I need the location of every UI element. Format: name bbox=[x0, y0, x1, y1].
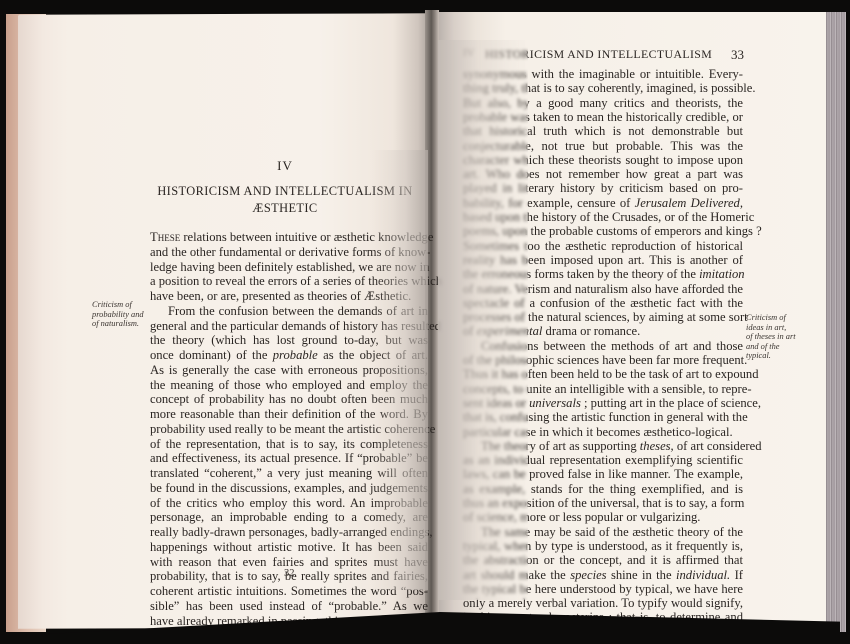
text-line: conjecturable, not true but probable. Th… bbox=[463, 139, 743, 154]
margin-note-left: Criticism of probability and of naturali… bbox=[92, 300, 152, 329]
margin-note-right: Criticism of ideas in art, of theses in … bbox=[746, 313, 808, 361]
text-line: the abstraction or the concept, and it i… bbox=[463, 553, 743, 568]
text-run: Verism and naturalism also have afforded… bbox=[511, 282, 743, 296]
text-line: ledge having been definitely established… bbox=[150, 260, 428, 275]
small-caps-opening: These bbox=[150, 230, 180, 244]
text-run: once dominant) of the bbox=[150, 348, 273, 362]
text-line: once dominant) of the probable as the ob… bbox=[150, 348, 428, 363]
text-line: played in literary history by criticism … bbox=[463, 181, 743, 196]
margin-note-line: of theses in art bbox=[746, 332, 808, 342]
text-run: of bbox=[463, 324, 477, 338]
margin-note-line: ideas in art, bbox=[746, 323, 808, 333]
text-line: the meaning of those who employed and em… bbox=[150, 378, 428, 393]
text-line: be found in the discussions, examples, a… bbox=[150, 481, 428, 496]
text-line: of the representation, that is to say, i… bbox=[150, 437, 428, 452]
italic-run: theses, bbox=[640, 439, 674, 453]
text-line: thing truly, that is to say coherently, … bbox=[463, 81, 743, 96]
text-run: sent ideas or bbox=[463, 396, 529, 410]
text-line: happenings without artistic motive. It h… bbox=[150, 540, 428, 555]
page-number-right: 33 bbox=[731, 47, 744, 63]
margin-note-line: typical. bbox=[746, 351, 808, 361]
margin-note-line: Criticism of bbox=[92, 300, 152, 310]
chapter-title: HISTORICISM AND INTELLECTUALISM IN ÆSTHE… bbox=[140, 183, 430, 217]
text-line: probable was taken to mean the historica… bbox=[463, 110, 743, 125]
italic-run: imitation bbox=[699, 267, 744, 281]
text-line: only a merely verbal variation. To typif… bbox=[463, 596, 743, 611]
margin-note-line: probability and bbox=[92, 310, 152, 320]
text-line: the typical be here understood by typica… bbox=[463, 582, 743, 597]
italic-run: experimental bbox=[477, 324, 543, 338]
text-line: a position to reveal the errors of a ser… bbox=[150, 274, 428, 289]
italic-run: Jerusalem Delivered, bbox=[635, 196, 743, 210]
text-line: the erroneous forms taken by the theory … bbox=[463, 267, 743, 282]
text-line: based upon the history of the Crusades, … bbox=[463, 210, 743, 225]
margin-note-line: and of the bbox=[746, 342, 808, 352]
page-edges bbox=[826, 12, 846, 632]
text-line: character which these theorists sought t… bbox=[463, 153, 743, 168]
text-run: of art considered bbox=[674, 439, 762, 453]
text-run: bability, for example, censure of bbox=[463, 196, 635, 210]
text-run: The theory of art as supporting bbox=[481, 439, 640, 453]
chapter-number: IV bbox=[150, 158, 420, 174]
text-line: The same may be said of the æsthetic the… bbox=[463, 525, 743, 540]
text-line: As is generally the case with erroneous … bbox=[150, 363, 428, 378]
text-line: The theory of art as supporting theses, … bbox=[463, 439, 743, 454]
text-line: art. Who does not remember how great a p… bbox=[463, 167, 743, 182]
margin-note-line: Criticism of bbox=[746, 313, 808, 323]
text-run: shine in the bbox=[607, 568, 676, 582]
text-run: art should make the bbox=[463, 568, 570, 582]
text-line: From the confusion between the demands o… bbox=[150, 304, 428, 319]
text-line: art should make the species shine in the… bbox=[463, 568, 743, 583]
running-head: HISTORICISM AND INTELLECTUALISM bbox=[485, 47, 712, 62]
text-line: of the critics who employ this word. An … bbox=[150, 496, 428, 511]
text-run: drama or romance. bbox=[542, 324, 640, 338]
text-run: the erroneous forms taken by the theory … bbox=[463, 267, 699, 281]
text-line: thus an exposition of the universal, tha… bbox=[463, 496, 743, 511]
text-run: ; putting art in the place of science, bbox=[581, 396, 761, 410]
italic-run: species bbox=[570, 568, 606, 582]
text-line: But also, by a good many critics and the… bbox=[463, 96, 743, 111]
text-line: Sometimes too the æsthetic reproduction … bbox=[463, 239, 743, 254]
text-line: coherent artistic intuitions. Sometimes … bbox=[150, 584, 428, 599]
italic-run: probable bbox=[273, 348, 318, 362]
text-line: probability used really to be meant the … bbox=[150, 422, 428, 437]
text-line: really badly-drawn personages, badly-arr… bbox=[150, 525, 428, 540]
text-run: as the object of art. bbox=[318, 348, 428, 362]
chapter-title-line-2: ÆSTHETIC bbox=[140, 200, 430, 217]
text-line: sible” has been used instead of “probabl… bbox=[150, 599, 428, 614]
text-line: personage, an improbable ending to a com… bbox=[150, 510, 428, 525]
text-line: concepts, to unite an intelligible with … bbox=[463, 382, 743, 397]
text-line: as an individual representation exemplif… bbox=[463, 453, 743, 468]
book-scan: IV HISTORICISM AND INTELLECTUALISM IN ÆS… bbox=[0, 0, 850, 644]
text-line: laws, can be proved false in like manner… bbox=[463, 467, 743, 482]
running-head-chapter: IV bbox=[463, 47, 475, 59]
chapter-title-line-1: HISTORICISM AND INTELLECTUALISM IN bbox=[140, 183, 430, 200]
text-line: processes of the natural sciences, by ai… bbox=[463, 310, 743, 325]
text-line: of nature. Verism and naturalism also ha… bbox=[463, 282, 743, 297]
text-line: spectacle of a confusion of the æsthetic… bbox=[463, 296, 743, 311]
text-line: have been, or are, presented as theories… bbox=[150, 289, 411, 304]
text-line: and effectiveness, its actual presence. … bbox=[150, 451, 428, 466]
text-line: concept of probability has no doubt ofte… bbox=[150, 392, 428, 407]
italic-run: individual. bbox=[676, 568, 730, 582]
italic-run: universals bbox=[529, 396, 581, 410]
text-line: sent ideas or universals ; putting art i… bbox=[463, 396, 743, 411]
text-line: translated “coherent,” a very just meani… bbox=[150, 466, 428, 481]
text-run: of nature. bbox=[463, 282, 511, 296]
text-line: Thus it has often been held to be the ta… bbox=[463, 367, 743, 382]
text-line: more reasonable than their definition of… bbox=[150, 407, 428, 422]
text-line: of science, more or less popular or vulg… bbox=[463, 510, 700, 525]
text-line: reality has been imposed upon art. This … bbox=[463, 253, 743, 268]
text-line: as example, stands for the thing exempli… bbox=[463, 482, 743, 497]
text-run: relations between intuitive or æsthetic … bbox=[180, 230, 433, 244]
text-line: typical, when by type is understood, as … bbox=[463, 539, 743, 554]
text-line: These relations between intuitive or æst… bbox=[150, 230, 428, 245]
text-line: synonymous with the imaginable or intuit… bbox=[463, 67, 743, 82]
text-line: poems, upon the probable customs of empe… bbox=[463, 224, 743, 239]
margin-note-line: of naturalism. bbox=[92, 319, 152, 329]
text-line: that historical truth which is not demon… bbox=[463, 124, 743, 139]
text-line: Confusions between the methods of art an… bbox=[463, 339, 743, 354]
text-line: and the other fundamental or derivative … bbox=[150, 245, 428, 260]
text-line: general and the particular demands of hi… bbox=[150, 319, 428, 334]
text-line: the theory (which has lost ground to-day… bbox=[150, 333, 428, 348]
text-run: If bbox=[730, 568, 743, 582]
page-number-left: 32 bbox=[284, 568, 295, 579]
text-line: particular case in which it becomes æsth… bbox=[463, 425, 733, 440]
text-line: of experimental drama or romance. bbox=[463, 324, 640, 339]
text-line: that is, confusing the artistic function… bbox=[463, 410, 743, 425]
text-line: of the philosophic sciences have been fa… bbox=[463, 353, 743, 368]
text-line: bability, for example, censure of Jerusa… bbox=[463, 196, 743, 211]
